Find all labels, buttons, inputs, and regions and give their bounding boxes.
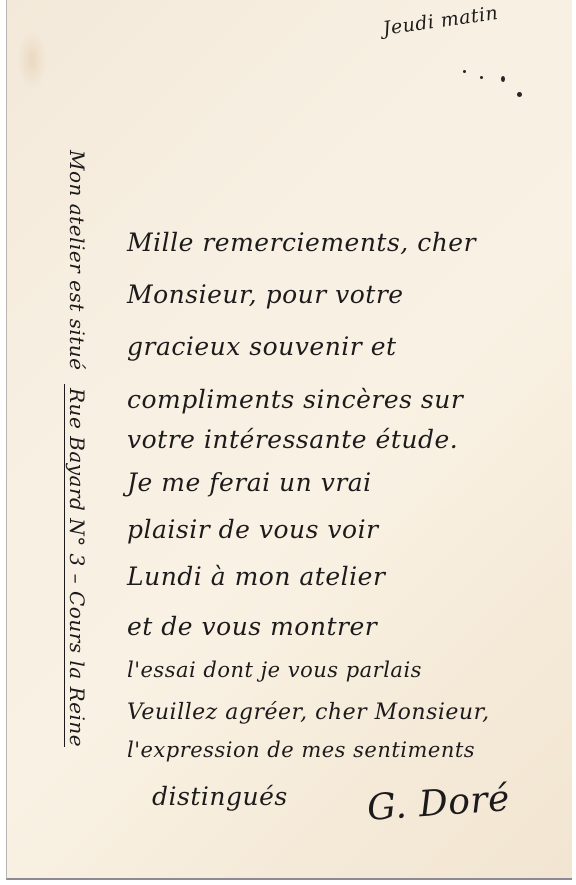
signature: G. Doré [366, 778, 511, 829]
body-line: Lundi à mon atelier [127, 562, 385, 591]
body-line: et de vous montrer [127, 612, 377, 641]
body-line: Veuillez agréer, cher Monsieur, [127, 700, 490, 725]
letter-date: Jeudi matin [381, 2, 499, 40]
body-line: gracieux souvenir et [127, 332, 397, 361]
margin-note-prefix: Mon atelier est situé [65, 150, 89, 371]
letter-paper: Jeudi matin Mille remerciements, cher Mo… [6, 0, 572, 880]
body-line: votre intéressante étude. [127, 425, 458, 454]
margin-note: Mon atelier est situé Rue Bayard N° 3 – … [65, 150, 89, 880]
body-line: l'expression de mes sentiments [127, 738, 475, 762]
body-line: distingués [152, 782, 288, 811]
body-line: Monsieur, pour votre [127, 280, 404, 309]
body-line: Mille remerciements, cher [127, 228, 476, 257]
margin-note-address: Rue Bayard N° 3 – Cours la Reine [64, 384, 89, 747]
body-line: Je me ferai un vrai [127, 468, 372, 497]
body-line: plaisir de vous voir [127, 515, 379, 544]
body-line: l'essai dont je vous parlais [127, 658, 422, 682]
body-line: compliments sincères sur [127, 385, 463, 414]
